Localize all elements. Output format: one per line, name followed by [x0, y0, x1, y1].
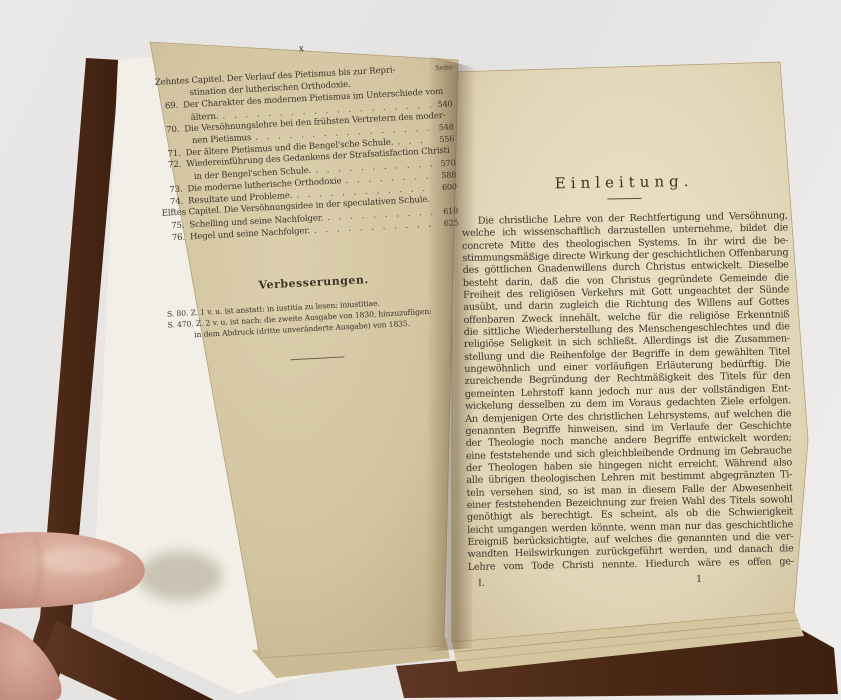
toc-page-number: 625: [440, 217, 459, 230]
toc-page-number: 548: [435, 122, 454, 135]
toc-rows: Zehntes Capitel. Der Verlauf des Pietism…: [155, 62, 459, 244]
right-page-content: Einleitung. Die christliche Lehre von de…: [461, 170, 794, 592]
toc-page-number: 556: [436, 134, 455, 147]
finger-highlight: [38, 547, 122, 573]
seite-column-header: Seite: [435, 62, 453, 75]
corrections-section: Verbesserungen. S. 80. Z. 1 v. u. ist an…: [165, 269, 465, 367]
toc-entry-number: 70.: [157, 124, 185, 137]
corrections-lines: S. 80. Z. 1 v. u. ist anstatt: in iustit…: [167, 294, 464, 342]
toc-entry-number: 69.: [156, 100, 184, 113]
left-page-content: x Seite Zehntes Capitel. Der Verlauf des…: [153, 31, 465, 368]
toc-page-number: 600: [439, 181, 458, 194]
toc-entry-number: 76.: [163, 232, 191, 244]
book-photo: x Seite Zehntes Capitel. Der Verlauf des…: [0, 0, 841, 700]
table-of-contents: Seite Zehntes Capitel. Der Verlauf des P…: [155, 62, 459, 244]
toc-page-number: 610: [440, 205, 459, 218]
toc-entry-number: 75.: [162, 220, 190, 232]
toc-entry-number: 72.: [159, 160, 187, 173]
page-number: 1: [696, 574, 702, 585]
fingertip-shadow: [138, 551, 222, 601]
toc-page-number: 540: [434, 98, 453, 111]
corrections-heading: Verbesserungen.: [165, 269, 461, 297]
signature-mark: I.: [478, 578, 485, 589]
toc-page-number: 570: [437, 157, 456, 170]
toc-page-number: 588: [438, 169, 457, 182]
body-paragraph: Die christliche Lehre von der Rechtferti…: [462, 210, 794, 574]
heading-rule: [607, 198, 641, 200]
toc-entry-number: 73.: [160, 184, 188, 196]
